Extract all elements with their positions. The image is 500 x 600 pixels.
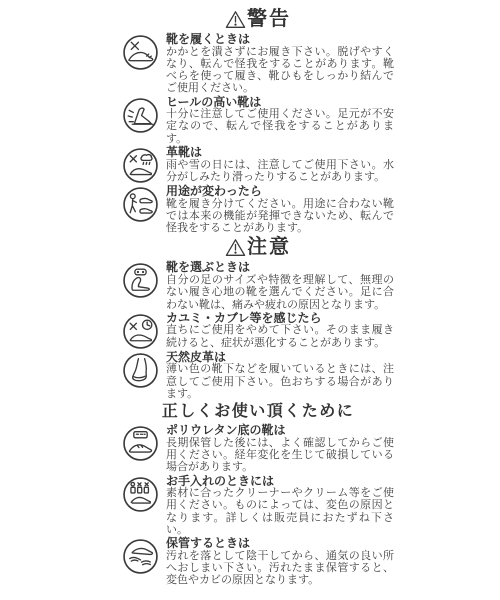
instruction-body: 直ちにご使用をやめて下さい。そのまま履き続けると、症状が悪化することがあります。: [166, 324, 394, 349]
instruction-item: 革靴は雨や雪の日には、注意してご使用下さい。水分がしみたり滑ったりすることがあり…: [122, 146, 394, 184]
instruction-item: 保管するときは汚れを落として陰干してから、通気の良い所へおしまい下さい。汚れたま…: [122, 537, 394, 586]
crushed-heel-prohibit-icon: [122, 34, 159, 71]
instruction-body: 薄い色の靴下などを履いているときには、注意してご使用下さい。色おちする場合があり…: [166, 363, 394, 400]
section-heading-label: 正しくお使い頂くために: [162, 402, 355, 422]
instruction-title: 革靴は: [166, 146, 394, 159]
instruction-text: お手入れのときには素材に合ったクリーナーやクリーム等をご使用ください。ものによっ…: [166, 475, 394, 537]
instruction-body: 素材に合ったクリーナーやクリーム等をご使用ください。ものによっては、変色の原因と…: [166, 487, 394, 536]
instruction-body: 自分の足のサイズや特徴を理解して、無理のない履き心地の靴を選んでください。足に合…: [166, 274, 394, 311]
instruction-body: 十分に注意してご使用ください。足元が不安定なので、転んで怪我をすることがあります…: [166, 108, 394, 145]
hands-brushing-shoe-icon: [122, 538, 159, 575]
instruction-title: カユミ・カブレ等を感じたら: [166, 312, 394, 325]
instruction-title: ヒールの高い靴は: [166, 96, 394, 109]
section-heading-label: 警告: [247, 7, 291, 31]
stored-shoe-check-icon: [122, 425, 159, 462]
instruction-body: 長期保管した後には、よく確認してからご使用ください。経年変化を生じて破損している…: [166, 437, 394, 474]
instruction-item: 用途が変わったら靴を履き分けてください。用途に合わない靴では本来の機能が発揮でき…: [122, 185, 394, 234]
instruction-title: 天然皮革は: [166, 351, 394, 364]
warning-triangle-icon: [225, 238, 246, 257]
instruction-text: 保管するときは汚れを落として陰干してから、通気の良い所へおしまい下さい。汚れたま…: [166, 537, 394, 586]
instruction-body: 靴を履き分けてください。用途に合わない靴では本来の機能が発揮できないため、転んで…: [166, 198, 394, 235]
instruction-item: お手入れのときには素材に合ったクリーナーやクリーム等をご使用ください。ものによっ…: [122, 475, 394, 537]
instruction-title: 靴を選ぶときは: [166, 261, 394, 274]
section-heading: 警告: [122, 7, 394, 31]
instruction-body: かかとを潰さずにお履き下さい。脱げやすくなり、転んで怪我をすることがあります。靴…: [166, 46, 394, 95]
instruction-item: カユミ・カブレ等を感じたら直ちにご使用をやめて下さい。そのまま履き続けると、症状…: [122, 312, 394, 350]
instruction-text: カユミ・カブレ等を感じたら直ちにご使用をやめて下さい。そのまま履き続けると、症状…: [166, 312, 394, 350]
section-heading: 正しくお使い頂くために: [122, 402, 394, 422]
instruction-item: 靴を選ぶときは自分の足のサイズや特徴を理解して、無理のない履き心地の靴を選んでく…: [122, 261, 394, 310]
instruction-item: 靴を履くときはかかとを潰さずにお履き下さい。脱げやすくなり、転んで怪我をすること…: [122, 33, 394, 95]
instruction-text: 天然皮革は薄い色の靴下などを履いているときには、注意してご使用下さい。色おちする…: [166, 351, 394, 400]
instruction-item: ポリウレタン底の靴は長期保管した後には、よく確認してからご使用ください。経年変化…: [122, 424, 394, 473]
instruction-text: 靴を選ぶときは自分の足のサイズや特徴を理解して、無理のない履き心地の靴を選んでく…: [166, 261, 394, 310]
instruction-body: 雨や雪の日には、注意してご使用下さい。水分がしみたり滑ったりすることがあります。: [166, 159, 394, 184]
instruction-text: 革靴は雨や雪の日には、注意してご使用下さい。水分がしみたり滑ったりすることがあり…: [166, 146, 394, 184]
instruction-title: 靴を履くときは: [166, 33, 394, 46]
instruction-title: 保管するときは: [166, 537, 394, 550]
section-heading: 注意: [122, 235, 394, 259]
warning-triangle-icon: [225, 10, 246, 29]
instruction-item: 天然皮革は薄い色の靴下などを履いているときには、注意してご使用下さい。色おちする…: [122, 351, 394, 400]
section-heading-label: 注意: [247, 235, 291, 259]
stop-wearing-clock-icon: [122, 313, 159, 350]
instruction-text: 用途が変わったら靴を履き分けてください。用途に合わない靴では本来の機能が発揮でき…: [166, 185, 394, 234]
rain-snow-shoe-icon: [122, 147, 159, 184]
instruction-title: 用途が変わったら: [166, 185, 394, 198]
instruction-item: ヒールの高い靴は十分に注意してご使用ください。足元が不安定なので、転んで怪我をす…: [122, 96, 394, 145]
instruction-title: ポリウレタン底の靴は: [166, 424, 394, 437]
instruction-text: ポリウレタン底の靴は長期保管した後には、よく確認してからご使用ください。経年変化…: [166, 424, 394, 473]
instruction-body: 汚れを落として陰干してから、通気の良い所へおしまい下さい。汚れたまま保管すると、…: [166, 550, 394, 587]
instruction-title: お手入れのときには: [166, 475, 394, 488]
care-instructions-document: 警告靴を履くときはかかとを潰さずにお履き下さい。脱げやすくなり、転んで怪我をする…: [122, 6, 394, 588]
instruction-text: ヒールの高い靴は十分に注意してご使用ください。足元が不安定なので、転んで怪我をす…: [166, 96, 394, 145]
tipping-high-heel-icon: [122, 97, 159, 134]
bare-foot-icon: [122, 352, 159, 389]
instruction-text: 靴を履くときはかかとを潰さずにお履き下さい。脱げやすくなり、転んで怪我をすること…: [166, 33, 394, 95]
cleaner-bottles-icon: [122, 476, 159, 513]
use-proper-shoes-icon: [122, 186, 159, 223]
check-foot-size-icon: [122, 262, 159, 299]
